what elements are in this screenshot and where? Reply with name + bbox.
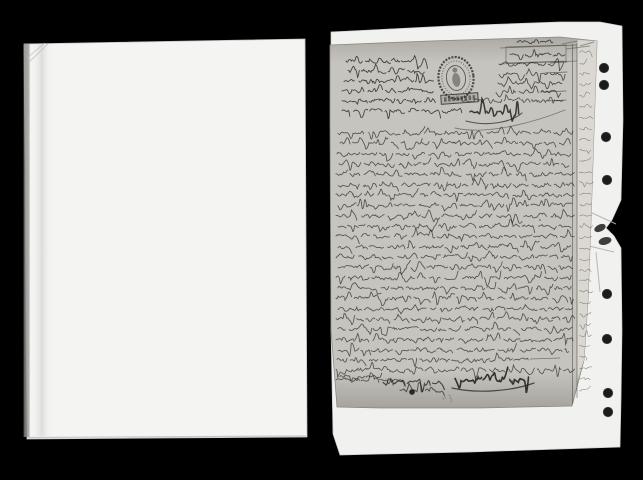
punch-hole: [599, 63, 608, 72]
stamp-label-box: [441, 93, 479, 105]
blank-left-page: [24, 39, 308, 439]
left-page-paper: [24, 39, 307, 439]
punch-hole: [602, 334, 611, 343]
punch-hole: [599, 80, 608, 89]
punch-hole: [601, 132, 610, 141]
punch-hole: [603, 388, 612, 397]
gutter-crease: [31, 44, 55, 436]
punch-hole: [602, 175, 611, 184]
punch-hole: [603, 407, 612, 416]
scan-image: [0, 0, 643, 480]
ink-blot: [344, 299, 346, 301]
ink-blot: [409, 389, 415, 395]
punch-hole: [602, 289, 611, 298]
page-edge-speckle: [24, 44, 30, 437]
manuscript-page: [330, 37, 597, 408]
ink-blot: [539, 219, 541, 221]
scanned-register-page: [0, 0, 643, 480]
